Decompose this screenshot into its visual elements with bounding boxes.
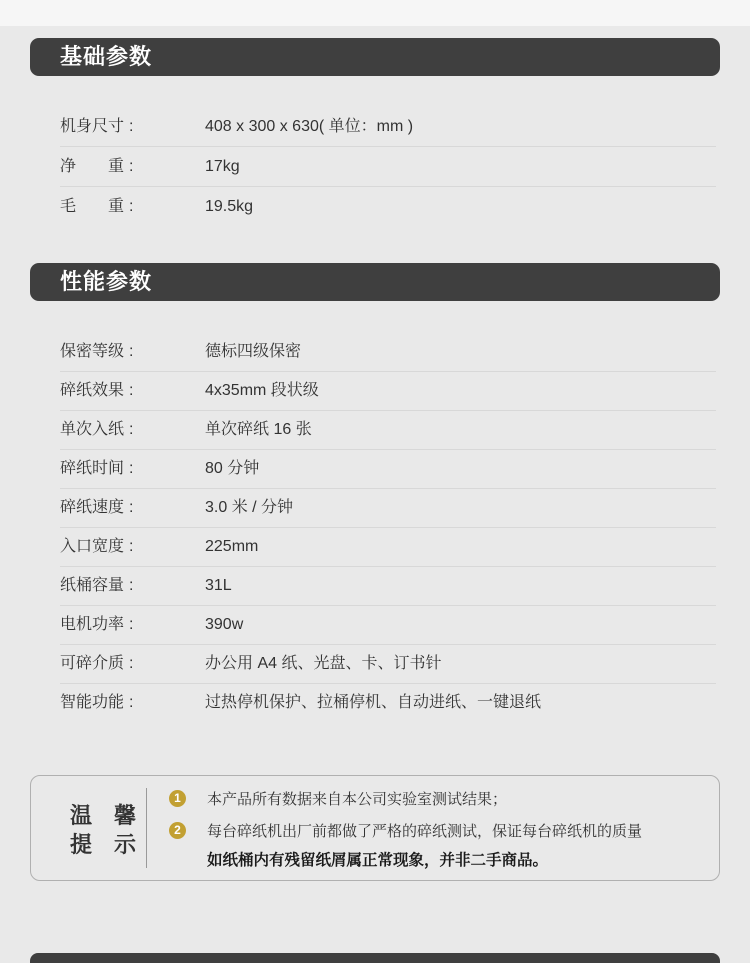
spec-label-colon: :: [129, 499, 133, 516]
next-section-header-partial: [30, 953, 720, 963]
top-margin-strip: [0, 0, 750, 26]
spec-label-colon: :: [129, 382, 133, 399]
spec-value: 4x35mm 段状级: [205, 372, 319, 410]
spec-row: 纸桶容量: 31L: [60, 567, 716, 606]
spec-row: 毛重: 19.5kg: [60, 187, 716, 227]
warm-tips-box: 温馨 提示 1 本产品所有数据来自本公司实验室测试结果； 2 每台碎纸机出厂前都…: [30, 775, 720, 881]
spec-value: 3.0 米 / 分钟: [205, 489, 293, 527]
spec-label: 入口宽度: [60, 528, 124, 566]
spec-label: 单次入纸: [60, 411, 124, 449]
spec-label-colon: :: [129, 655, 133, 672]
spec-label-colon: :: [129, 118, 133, 135]
spec-value: 408 x 300 x 630( 单位：mm ): [205, 107, 413, 146]
spec-row: 净重: 17kg: [60, 147, 716, 187]
section-title: 基础参数: [60, 44, 152, 69]
spec-label-colon: :: [129, 198, 133, 215]
spec-label: 机身尺寸: [60, 107, 124, 146]
spec-value: 单次碎纸 16 张: [205, 411, 312, 449]
spec-label: 可碎介质: [60, 645, 124, 683]
section-header-performance-params: 性能参数: [30, 263, 720, 301]
tip-number-2-badge: 2: [169, 822, 186, 839]
spec-label: 保密等级: [60, 333, 124, 371]
spec-value: 17kg: [205, 147, 240, 186]
spec-label-colon: :: [129, 577, 133, 594]
spec-row: 单次入纸: 单次碎纸 16 张: [60, 411, 716, 450]
spec-label-colon: :: [129, 421, 133, 438]
spec-row: 碎纸速度: 3.0 米 / 分钟: [60, 489, 716, 528]
tip-text-2-bold-note: 如纸桶内有残留纸屑属正常现象，并非二手商品。: [207, 848, 548, 870]
section-header-basic-params: 基础参数: [30, 38, 720, 76]
spec-label-colon: :: [129, 616, 133, 633]
spec-row: 机身尺寸: 408 x 300 x 630( 单位：mm ): [60, 107, 716, 147]
spec-label-colon: :: [129, 158, 133, 175]
section-title: 性能参数: [60, 269, 152, 294]
tip-text-2: 每台碎纸机出厂前都做了严格的碎纸测试，保证每台碎纸机的质量: [207, 820, 642, 841]
spec-value: 德标四级保密: [205, 333, 301, 371]
spec-value: 19.5kg: [205, 187, 253, 226]
spec-label-colon: :: [129, 694, 133, 711]
spec-value: 390w: [205, 606, 243, 644]
spec-label: 碎纸时间: [60, 450, 124, 488]
spec-row: 碎纸效果: 4x35mm 段状级: [60, 372, 716, 411]
spec-label: 碎纸速度: [60, 489, 124, 527]
spec-label: 碎纸效果: [60, 372, 124, 410]
spec-label: 净重: [60, 147, 124, 186]
tip-number-1-badge: 1: [169, 790, 186, 807]
spec-value: 办公用 A4 纸、光盘、卡、订书针: [205, 645, 441, 683]
spec-label-colon: :: [129, 343, 133, 360]
spec-label: 毛重: [60, 187, 124, 226]
spec-label-colon: :: [129, 538, 133, 555]
spec-label: 纸桶容量: [60, 567, 124, 605]
spec-row: 可碎介质: 办公用 A4 纸、光盘、卡、订书针: [60, 645, 716, 684]
spec-label-colon: :: [129, 460, 133, 477]
spec-row: 智能功能: 过热停机保护、拉桶停机、自动进纸、一键退纸: [60, 684, 716, 723]
spec-row: 电机功率: 390w: [60, 606, 716, 645]
spec-value: 过热停机保护、拉桶停机、自动进纸、一键退纸: [205, 684, 541, 722]
spec-label: 智能功能: [60, 684, 124, 722]
spec-value: 31L: [205, 567, 232, 605]
tips-vertical-divider: [146, 788, 147, 868]
basic-params-table: 机身尺寸: 408 x 300 x 630( 单位：mm ) 净重: 17kg …: [60, 107, 716, 227]
tip-text-1: 本产品所有数据来自本公司实验室测试结果；: [207, 788, 507, 809]
spec-label: 电机功率: [60, 606, 124, 644]
tips-title: 温馨 提示: [70, 801, 136, 859]
tips-title-line2: 提示: [70, 830, 136, 859]
spec-value: 225mm: [205, 528, 258, 566]
spec-row: 碎纸时间: 80 分钟: [60, 450, 716, 489]
spec-row: 入口宽度: 225mm: [60, 528, 716, 567]
spec-value: 80 分钟: [205, 450, 259, 488]
performance-params-table: 保密等级: 德标四级保密 碎纸效果: 4x35mm 段状级 单次入纸: 单次碎纸…: [60, 333, 716, 723]
tips-title-line1: 温馨: [70, 801, 136, 830]
spec-row: 保密等级: 德标四级保密: [60, 333, 716, 372]
